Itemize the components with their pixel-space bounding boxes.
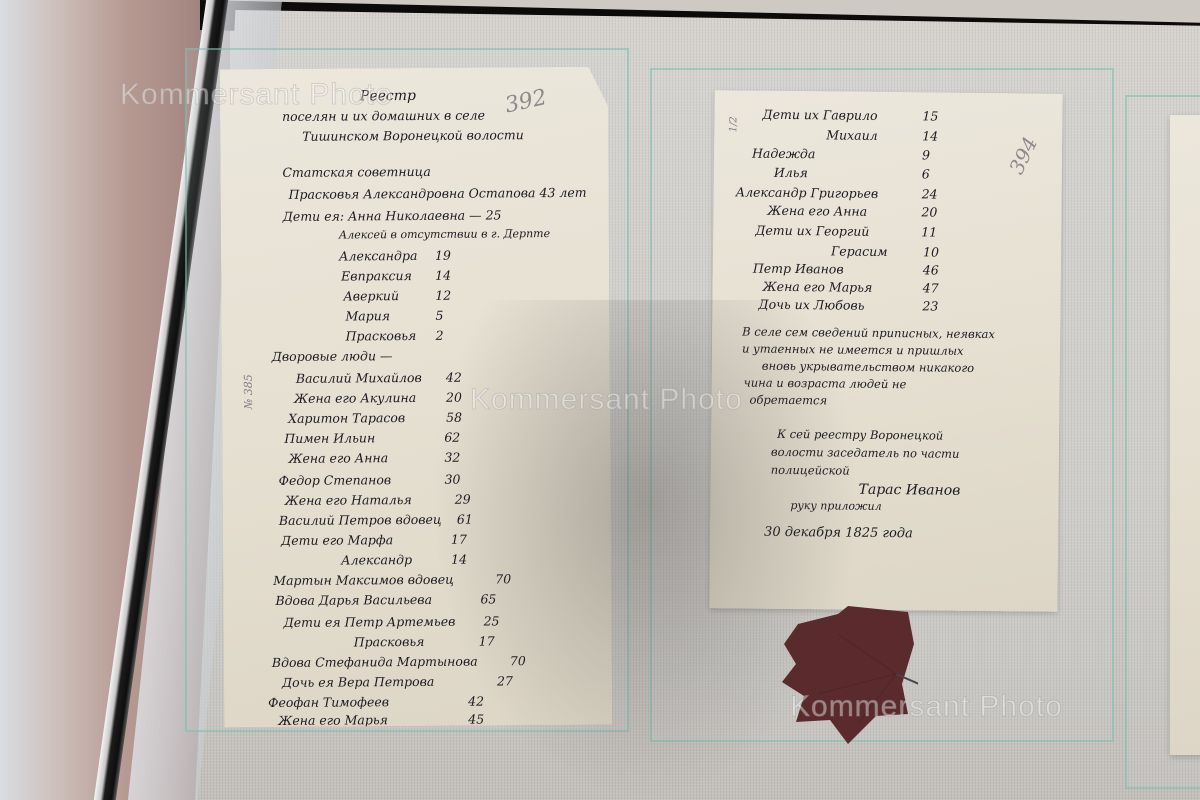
entry: Статская советница (282, 164, 431, 180)
watermark: Kommersant Photo (120, 78, 393, 112)
entry: Харитон Тарасов58 (288, 410, 405, 426)
entry: Александра19 (339, 248, 417, 264)
document-subtitle-2: Тишинском Воронецкой волости (302, 127, 524, 144)
entry: Жена его Марья45 (278, 712, 388, 728)
entry: Василий Петров вдовец61 (279, 512, 442, 528)
entry: Евпраксия14 (341, 268, 412, 283)
entry: Дети его Марфа17 (281, 532, 393, 548)
entry: Жена его Наталья29 (285, 492, 412, 508)
entry: Дети их Гаврило15 (762, 107, 877, 123)
museum-display-photo: 392 Реестр поселян и их домашних в селе … (0, 0, 1200, 800)
entry: Прасковья17 (354, 634, 425, 649)
entry: Александр Григорьев24 (736, 184, 879, 200)
entry: Жена его Марья47 (763, 279, 873, 295)
entry: Федор Степанов30 (279, 472, 392, 488)
entry: Василий Михайлов42 (296, 370, 422, 386)
entry: Жена его Акулина20 (294, 390, 416, 406)
entry: Михаил14 (826, 127, 878, 143)
document-partial-right (1170, 115, 1200, 755)
pencil-archive-number: 394 (1004, 133, 1042, 178)
margin-fraction: 1/2 (728, 116, 739, 132)
entry: Жена его Анна20 (767, 203, 867, 219)
entry: Вдова Дарья Васильева65 (275, 592, 432, 608)
photographer-shadow (430, 300, 860, 800)
entry: Пимен Ильин62 (284, 430, 375, 446)
entry: Герасим10 (831, 243, 888, 259)
entry: Мария5 (345, 308, 390, 323)
entry: Дети их Георгий11 (755, 223, 869, 239)
margin-number: № 385 (242, 374, 255, 409)
signature: Тарас Иванов (858, 482, 960, 499)
entry: Илья6 (774, 165, 808, 180)
entry: Феофан Тимофеев42 (268, 694, 389, 710)
entry: Надежда9 (752, 146, 815, 162)
entry: Дочь ея Вера Петрова27 (282, 674, 434, 690)
entry: Петр Иванов46 (753, 261, 844, 277)
entry: Прасковья Александровна Остапова 43 лет (289, 185, 587, 202)
entry: Алексей в отсутствии в г. Дерпте (339, 227, 550, 241)
entry: Александр14 (341, 552, 412, 567)
watermark: Kommersant Photo (790, 690, 1063, 724)
watermark: Kommersant Photo (470, 383, 743, 417)
entry: Аверкий12 (343, 288, 399, 303)
entry: Мартын Максимов вдовец70 (273, 572, 454, 588)
entry: Жена его Анна32 (288, 450, 388, 466)
pencil-archive-number: 392 (503, 85, 549, 118)
section-heading: Дворовые люди — (272, 348, 393, 364)
entry: Прасковья2 (346, 328, 417, 343)
entry: Дети ея: Анна Николаевна — 25 (283, 207, 502, 224)
